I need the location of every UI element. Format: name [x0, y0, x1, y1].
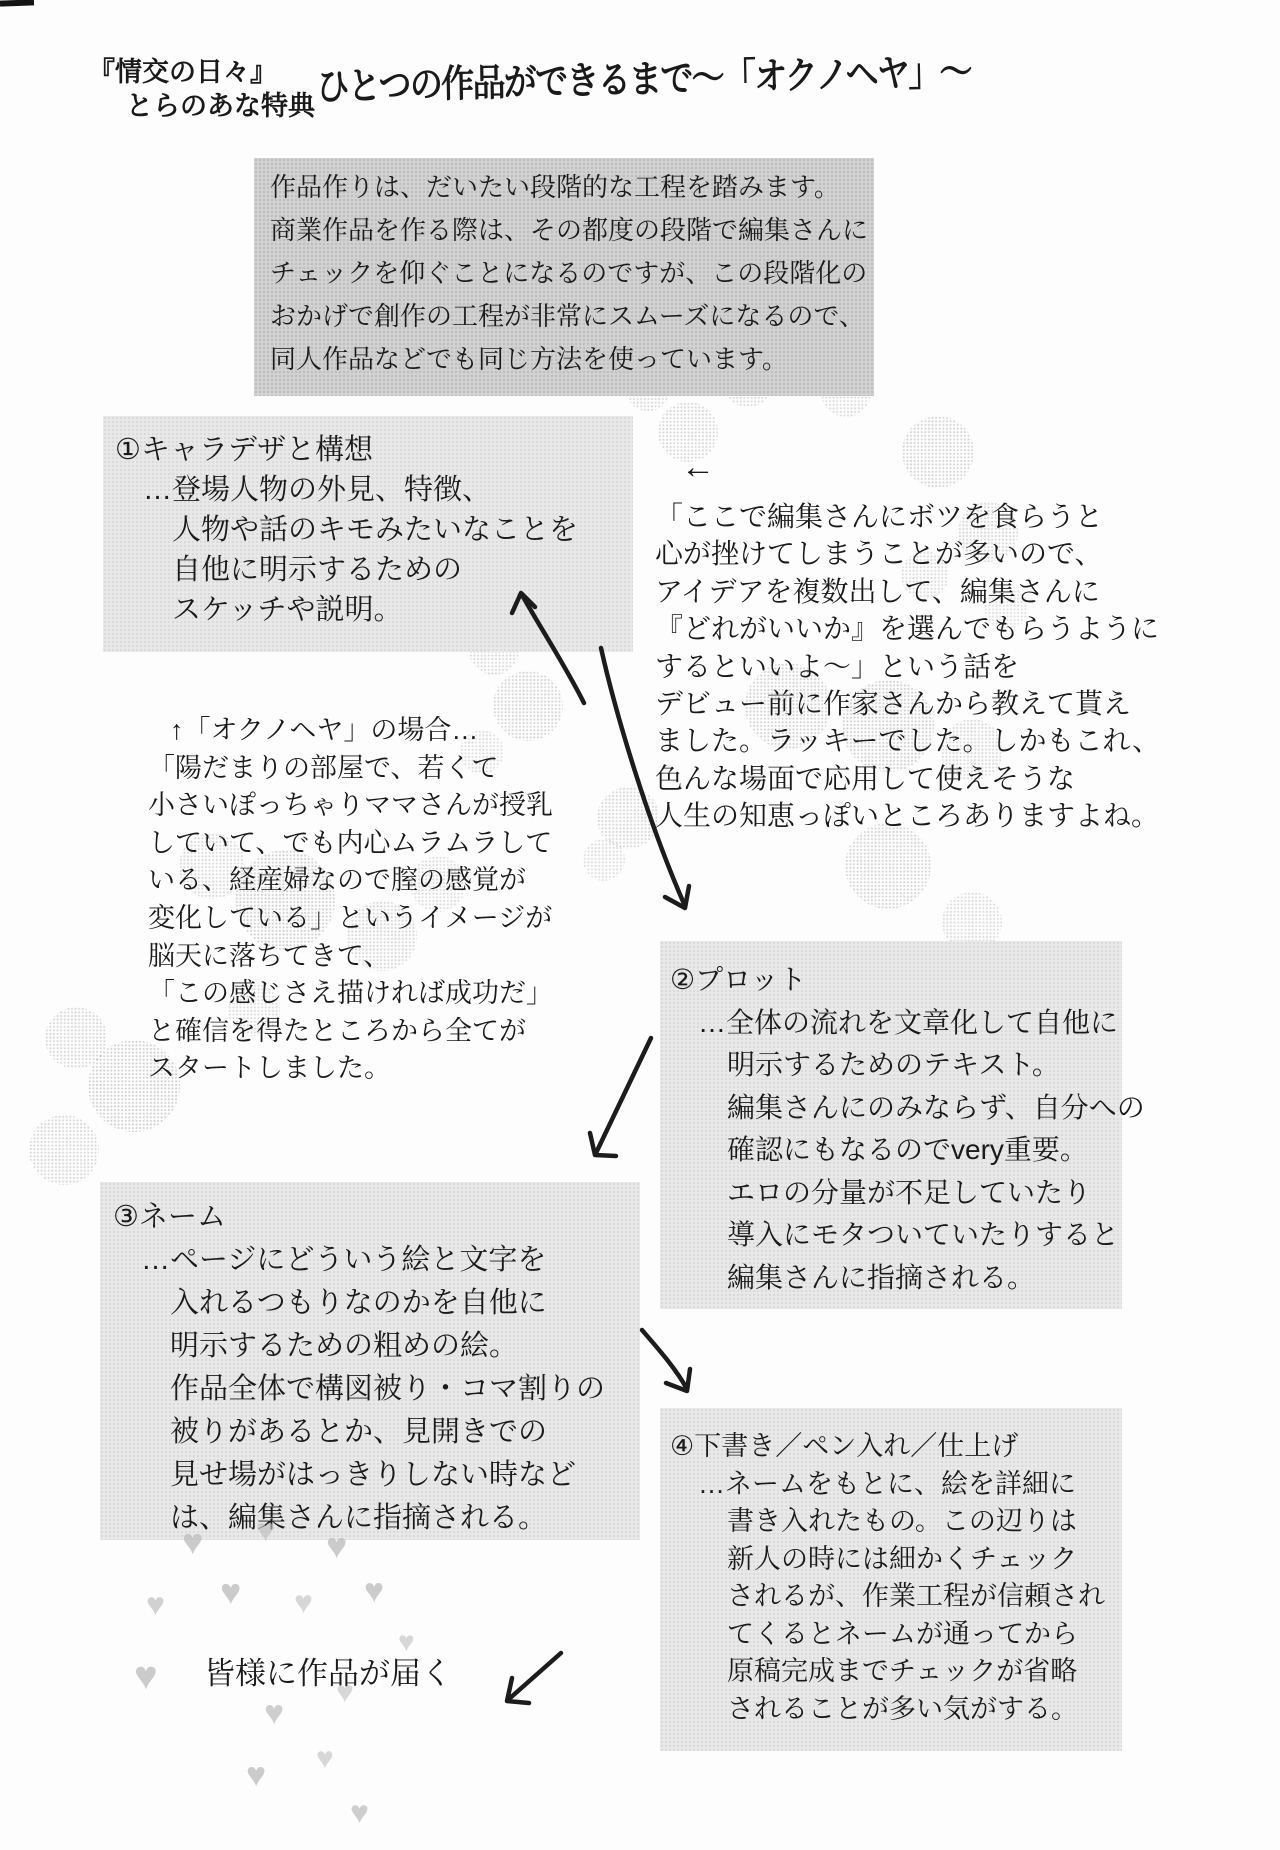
arrow-step1-to-step2 [601, 648, 689, 908]
arrow-step3-to-step4 [642, 1330, 690, 1391]
arrow-step2-to-step3 [590, 1038, 651, 1156]
doujin-process-page: 『情交の日々』 とらのあな特典 ひとつの作品ができるまで〜「オクノヘヤ」〜 作品… [0, 0, 1280, 1850]
arrow-note-to-step1 [512, 593, 584, 703]
flow-arrows [0, 0, 1280, 1850]
arrow-step4-to-delivery [507, 1653, 561, 1703]
